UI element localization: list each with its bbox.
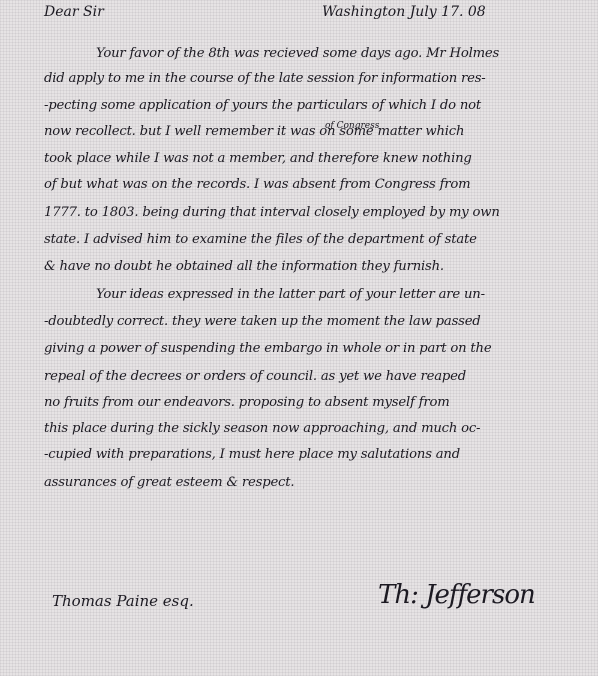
letter-line: 1777. to 1803. being during that interva… [44, 205, 500, 220]
letter-line: -cupied with preparations, I must here p… [44, 447, 460, 462]
signature: Th: Jefferson [378, 580, 535, 610]
letter-line: giving a power of suspending the embargo… [44, 341, 491, 356]
letter-line: assurances of great esteem & respect. [44, 475, 294, 490]
letter-line: now recollect. but I well remember it wa… [44, 124, 464, 139]
letter-line: took place while I was not a member, and… [44, 151, 472, 166]
letter-line: Your favor of the 8th was recieved some … [96, 46, 499, 61]
letter-line: no fruits from our endeavors. proposing … [44, 395, 450, 410]
letter-line: -doubtedly correct. they were taken up t… [44, 314, 481, 329]
letter-page: Dear Sir Washington July 17. 08 of Congr… [0, 0, 598, 676]
addressee: Thomas Paine esq. [52, 592, 194, 610]
letter-line: & have no doubt he obtained all the info… [44, 259, 444, 274]
letter-line: repeal of the decrees or orders of counc… [44, 369, 466, 384]
letter-line: this place during the sickly season now … [44, 421, 480, 436]
letter-line: Your ideas expressed in the latter part … [96, 287, 485, 302]
letter-line: of but what was on the records. I was ab… [44, 177, 470, 192]
letter-line: did apply to me in the course of the lat… [44, 71, 486, 86]
dateline: Washington July 17. 08 [322, 4, 486, 20]
letter-line: state. I advised him to examine the file… [44, 232, 477, 247]
salutation: Dear Sir [44, 4, 104, 20]
letter-line: -pecting some application of yours the p… [44, 98, 481, 113]
